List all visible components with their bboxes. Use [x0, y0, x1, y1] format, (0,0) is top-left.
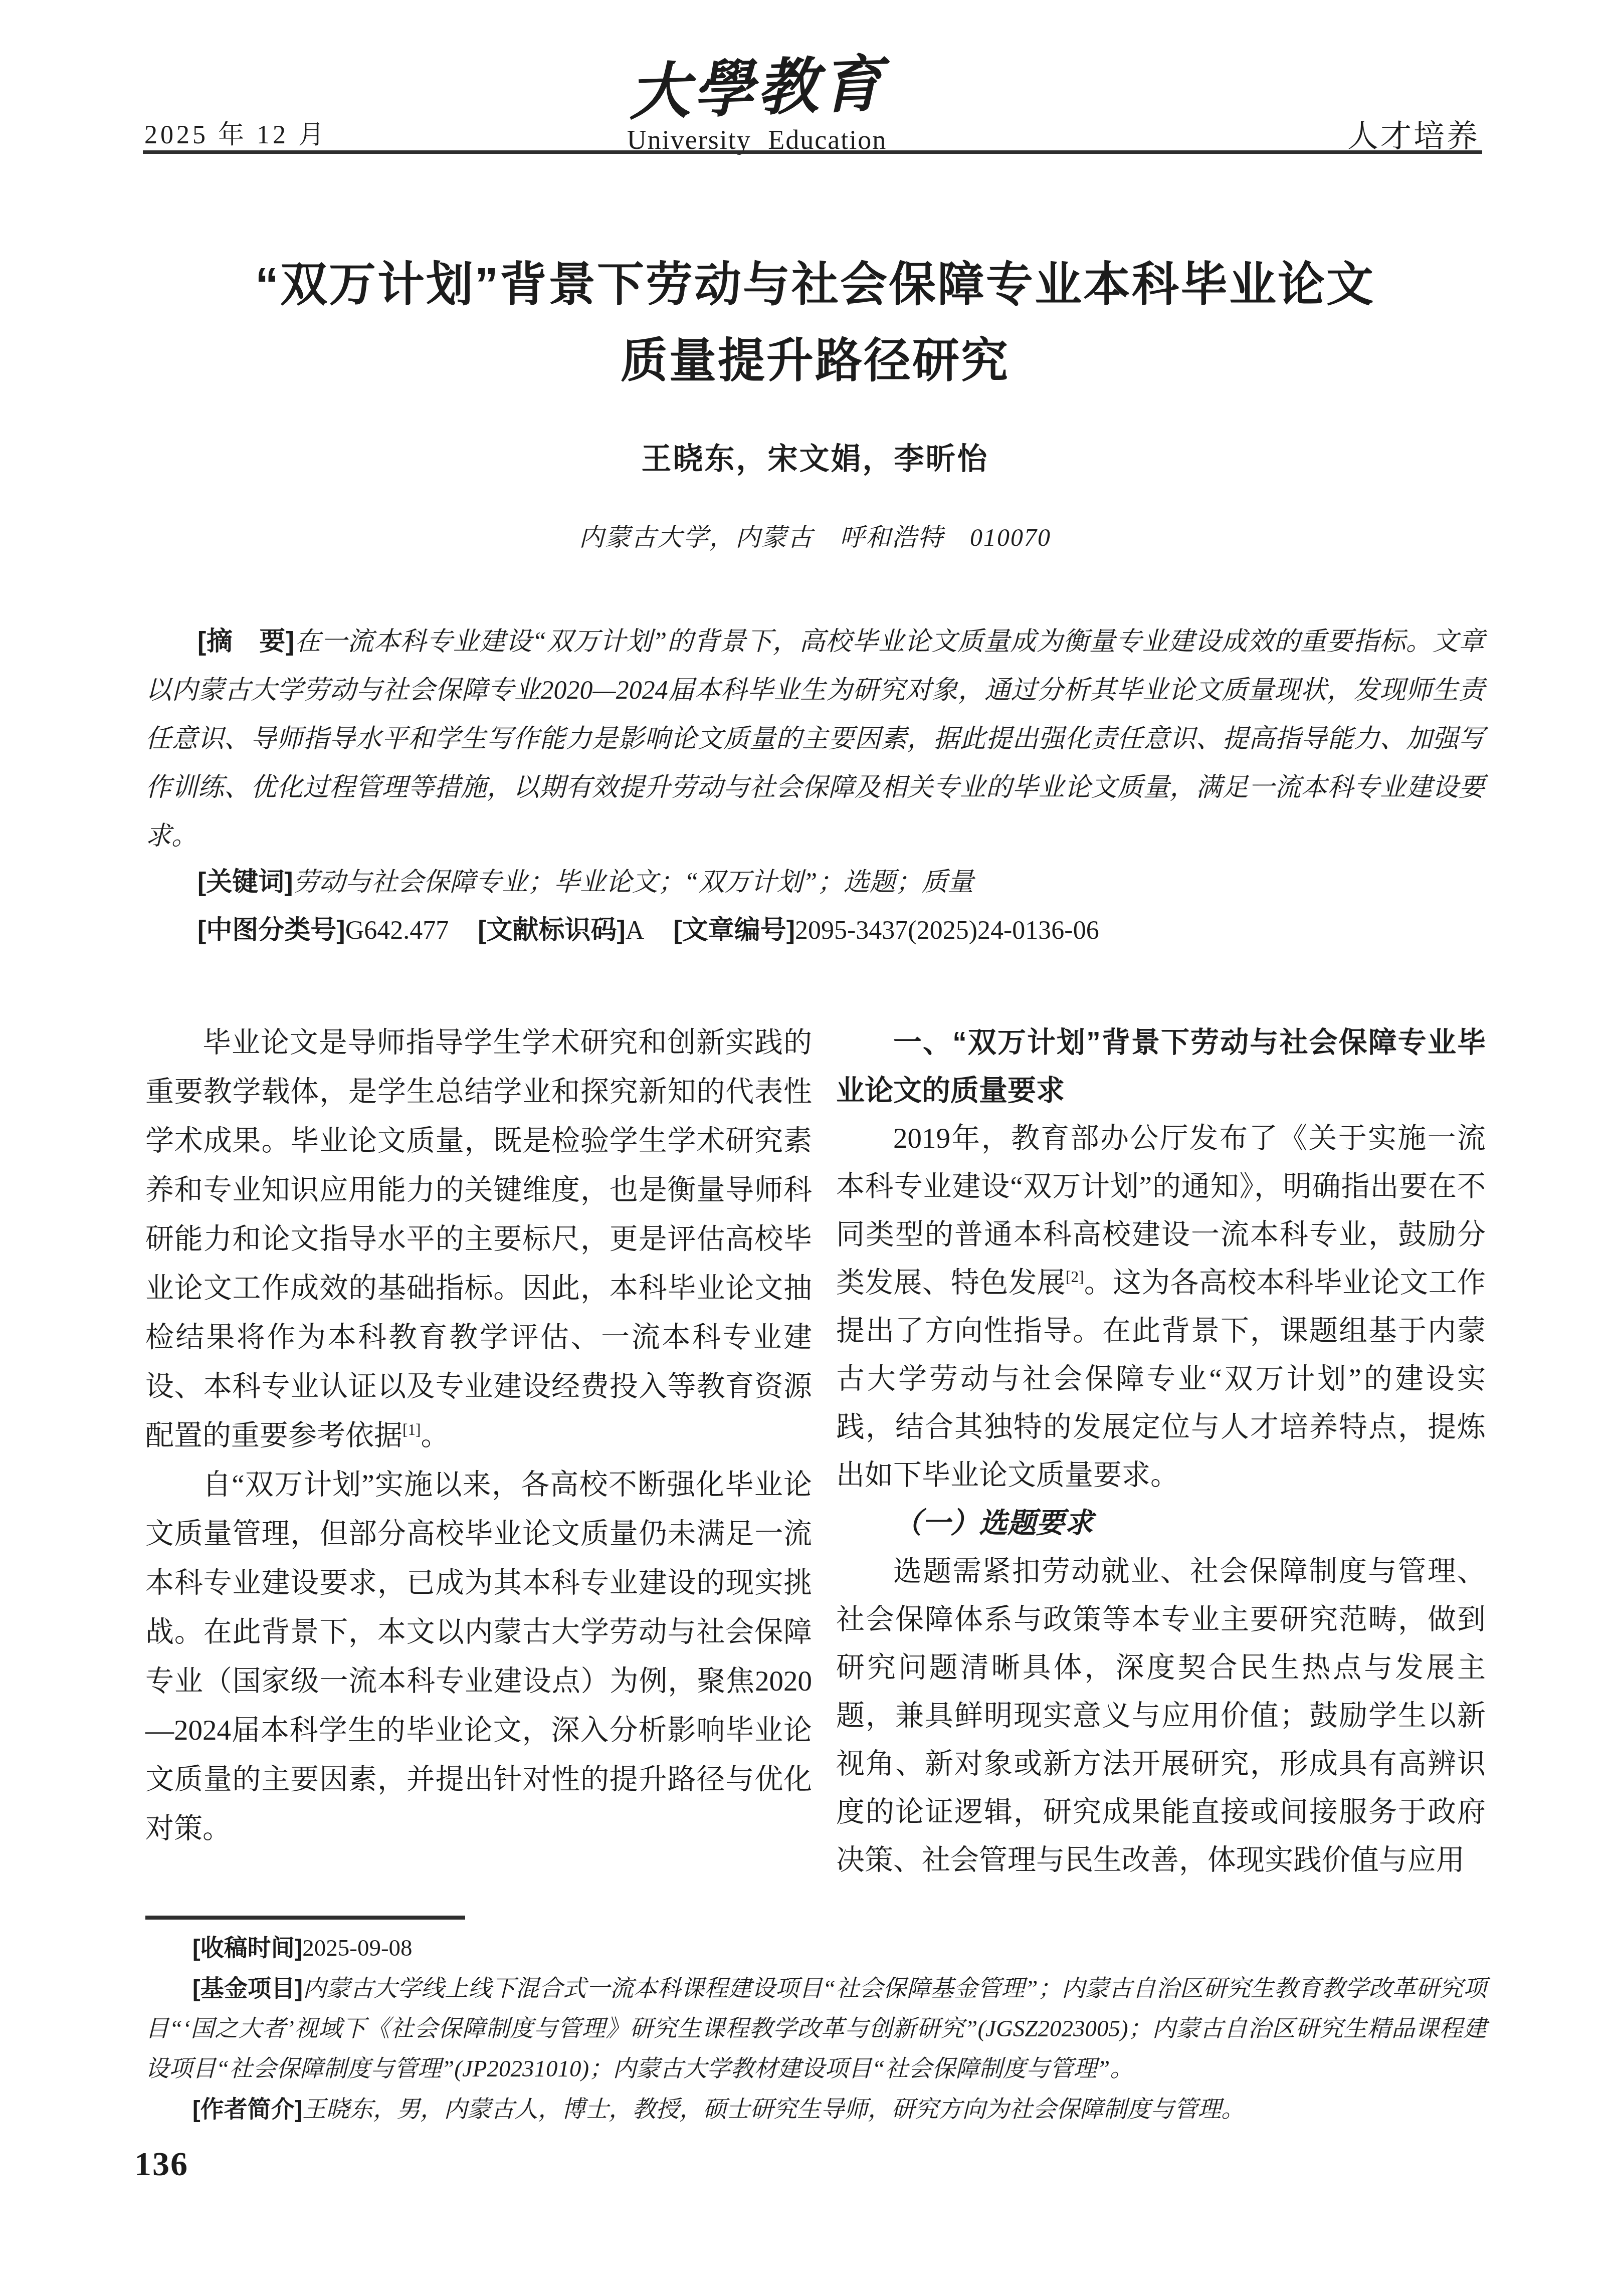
body-column-right: 一、“双万计划”背景下劳动与社会保障专业毕业论文的质量要求 2019年，教育部办… — [836, 1018, 1486, 1885]
clc-group: [中图分类号]G642.477 — [197, 916, 449, 945]
abstract: [摘 要]在一流本科专业建设“双万计划”的背景下，高校毕业论文质量成为衡量专业建… — [145, 617, 1485, 861]
footnotes: [收稿时间]2025-09-08 [基金项目]内蒙古大学线上线下混合式一流本科课… — [145, 1928, 1487, 2130]
section-heading-1: 一、“双万计划”背景下劳动与社会保障专业毕业论文的质量要求 — [836, 1018, 1486, 1115]
journal-page: 2025 年 12 月 大學教育 University Education 人才… — [0, 0, 1614, 2296]
abstract-text: 在一流本科专业建设“双万计划”的背景下，高校毕业论文质量成为衡量专业建设成效的重… — [145, 628, 1485, 851]
subsection-heading-1: （一）选题要求 — [836, 1500, 1486, 1548]
citation-ref-2: [2] — [1066, 1268, 1084, 1286]
received-label: [收稿时间] — [192, 1934, 302, 1961]
clc-value: G642.477 — [345, 916, 449, 945]
footnote-bio: [作者简介]王晓东，男，内蒙古人，博士，教授，硕士研究生导师，研究方向为社会保障… — [145, 2089, 1487, 2130]
paragraph-intro-1: 毕业论文是导师指导学生学术研究和创新实践的重要教学载体，是学生总结学业和探究新知… — [145, 1018, 812, 1460]
article-id-group: [文章编号]2095-3437(2025)24-0136-06 — [673, 916, 1099, 945]
article-id-value: 2095-3437(2025)24-0136-06 — [795, 916, 1099, 945]
footnote-received: [收稿时间]2025-09-08 — [145, 1928, 1487, 1968]
keywords-text: 劳动与社会保障专业；毕业论文；“双万计划”；选题；质量 — [293, 868, 974, 897]
article-title-line2: 质量提升路径研究 — [145, 323, 1485, 399]
journal-masthead: 大學教育 University Education — [591, 54, 922, 155]
received-value: 2025-09-08 — [302, 1935, 412, 1961]
bio-text: 王晓东，男，内蒙古人，博士，教授，硕士研究生导师，研究方向为社会保障制度与管理。 — [302, 2097, 1245, 2123]
article-title-line1: “双万计划”背景下劳动与社会保障专业本科毕业论文 — [145, 247, 1485, 323]
page-number: 136 — [134, 2144, 188, 2184]
clc-label: [中图分类号] — [197, 916, 345, 945]
footnote-divider — [145, 1916, 465, 1920]
funding-label: [基金项目] — [192, 1975, 303, 2001]
column-name: 人才培养 — [1347, 111, 1480, 156]
doc-code-group: [文献标识码]A — [478, 916, 644, 945]
doc-code-value: A — [626, 916, 645, 945]
authors: 王晓东，宋文娟，李昕怡 — [145, 435, 1485, 478]
paragraph-subsection1-1: 选题需紧扣劳动就业、社会保障制度与管理、社会保障体系与政策等本专业主要研究范畴，… — [836, 1548, 1486, 1885]
issue-date: 2025 年 12 月 — [144, 113, 327, 151]
paragraph-text: 毕业论文是导师指导学生学术研究和创新实践的重要教学载体，是学生总结学业和探究新知… — [145, 1027, 812, 1451]
article-id-label: [文章编号] — [673, 916, 795, 945]
body-column-left: 毕业论文是导师指导学生学术研究和创新实践的重要教学载体，是学生总结学业和探究新知… — [145, 1018, 812, 1853]
article-title: “双万计划”背景下劳动与社会保障专业本科毕业论文 质量提升路径研究 — [145, 247, 1485, 399]
paragraph-text-tail: 。这为各高校本科毕业论文工作提出了方向性指导。在此背景下，课题组基于内蒙古大学劳… — [836, 1267, 1486, 1491]
funding-text: 内蒙古大学线上线下混合式一流本科课程建设项目“社会保障基金管理”；内蒙古自治区研… — [145, 1976, 1487, 2082]
abstract-label: [摘 要] — [197, 627, 294, 656]
paragraph-section1-1: 2019年，教育部办公厅发布了《关于实施一流本科专业建设“双万计划”的通知》，明… — [836, 1115, 1486, 1500]
paragraph-intro-2: 自“双万计划”实施以来，各高校不断强化毕业论文质量管理，但部分高校毕业论文质量仍… — [145, 1460, 812, 1853]
citation-ref-1: [1] — [402, 1421, 421, 1438]
affiliation: 内蒙古大学，内蒙古 呼和浩特 010070 — [145, 517, 1485, 553]
classification-line: [中图分类号]G642.477[文献标识码]A[文章编号]2095-3437(2… — [145, 906, 1485, 955]
footnote-funding: [基金项目]内蒙古大学线上线下混合式一流本科课程建设项目“社会保障基金管理”；内… — [145, 1968, 1487, 2089]
keywords-label: [关键词] — [197, 868, 293, 897]
header-divider — [143, 150, 1482, 154]
keywords: [关键词]劳动与社会保障专业；毕业论文；“双万计划”；选题；质量 — [145, 858, 1485, 907]
doc-code-label: [文献标识码] — [478, 916, 626, 945]
journal-logo: 大學教育 — [628, 50, 886, 126]
paragraph-text-tail: 。 — [421, 1420, 450, 1451]
bio-label: [作者简介] — [192, 2096, 302, 2122]
